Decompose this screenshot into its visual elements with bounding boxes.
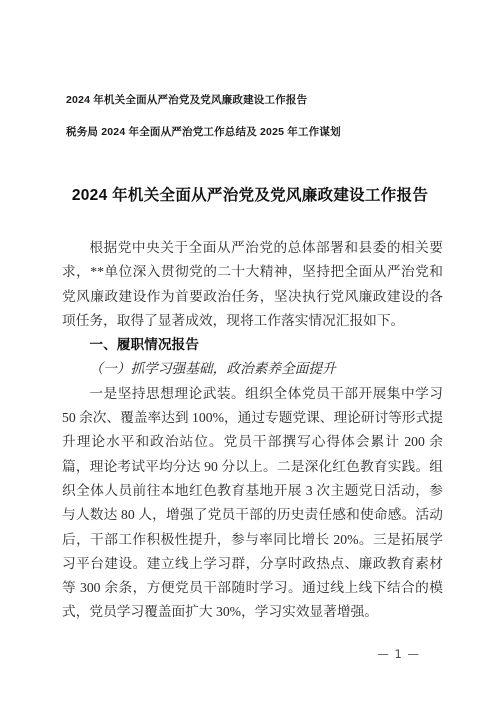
intro-paragraph: 根据党中央关于全面从严治党的总体部署和县委的相关要求，**单位深入贯彻党的二十大… [62, 236, 443, 333]
subsection-heading: （一）抓学习强基础，政治素养全面提升 [62, 357, 443, 381]
document-body: 根据党中央关于全面从严治党的总体部署和县委的相关要求，**单位深入贯彻党的二十大… [62, 236, 443, 625]
document-page: 2024 年机关全面从严治党及党风廉政建设工作报告 税务局 2024 年全面从严… [0, 0, 500, 708]
document-header: 2024 年机关全面从严治党及党风廉政建设工作报告 税务局 2024 年全面从严… [66, 93, 445, 140]
header-line-2: 税务局 2024 年全面从严治党工作总结及 2025 年工作谋划 [66, 125, 445, 140]
section-heading: 一、履职情况报告 [62, 333, 443, 357]
document-title: 2024 年机关全面从严治党及党风廉政建设工作报告 [0, 184, 500, 208]
header-line-1: 2024 年机关全面从严治党及党风廉政建设工作报告 [66, 93, 445, 108]
page-number: — 1 — [377, 646, 420, 662]
body-paragraph: 一是坚持思想理论武装。组织全体党员干部开展集中学习 50 余次、覆盖率达到 10… [62, 382, 443, 625]
